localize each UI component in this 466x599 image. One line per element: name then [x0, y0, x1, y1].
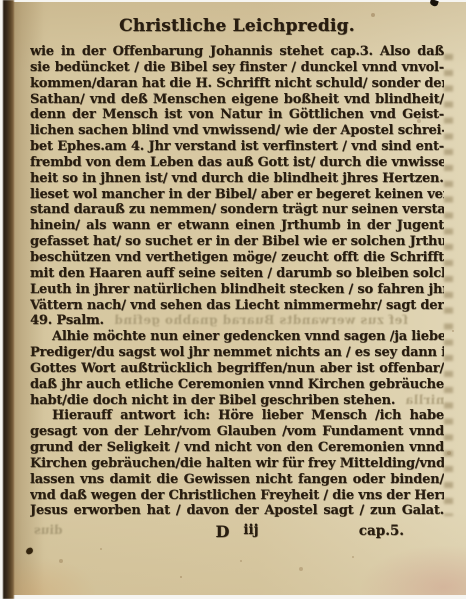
body-text-line: bet Ephes.am 4. Jhr verstand ist verfins…: [30, 139, 444, 155]
body-text-line: hinein/ als wann er etwann einen Jrthumb…: [30, 218, 444, 234]
body-text-line: wie in der Offenbarung Johannis stehet c…: [30, 44, 444, 60]
body-text-line: 49. Psalm.ſef zus werwandts Buarad gnabh…: [30, 313, 444, 329]
body-text-line: sie bedüncket / die Bibel sey finster / …: [30, 60, 444, 76]
body-text-line: Vättern nach/ vnd sehen das Liecht nimme…: [30, 298, 444, 314]
body-text-line: heit so in jhnen ist/ vnd durch die blin…: [30, 171, 444, 187]
paper-speckles: [0, 0, 2, 2]
scanned-page: Christliche Leichpredig. wie in der Offe…: [0, 0, 466, 599]
body-text: wie in der Offenbarung Johannis stehet c…: [30, 44, 444, 519]
catchword: cap.5.: [359, 523, 404, 539]
right-margin-bleedthrough: [444, 54, 453, 516]
body-text-line: daß jhr auch etliche Ceremonien vnnd Kir…: [30, 377, 444, 393]
body-text-line: Hierauff antwort ich: Höre lieber Mensch…: [30, 408, 444, 424]
binding-edge: [3, 0, 14, 599]
body-text-line: gesagt von der Lehr/vom Glauben /vom Fun…: [30, 424, 444, 440]
text-block: Christliche Leichpredig. wie in der Offe…: [30, 16, 444, 540]
body-text-line: beschützen vnd verthetigen möge/ zeucht …: [30, 250, 444, 266]
body-text-line: denn der Mensch ist von Natur in Göttlic…: [30, 107, 444, 123]
body-text-line: habt/die doch nicht in der Bibel geschri…: [30, 393, 444, 409]
body-text-line: kommen/daran hat die H. Schrifft nicht s…: [30, 76, 444, 92]
body-text-line: stand darauß zu nemmen/ sondern trägt nu…: [30, 202, 444, 218]
page-footer: dius D iij cap.5.: [30, 522, 444, 540]
body-text-line: grund der Seligkeit / vnd nicht von den …: [30, 440, 444, 456]
bleedthrough-text: Fun nirlla: [405, 393, 444, 409]
running-head: Christliche Leichpredig.: [30, 16, 444, 36]
body-text-line: Leuth in jhrer natürlichen blindheit ste…: [30, 282, 444, 298]
body-text-line: vnd daß wegen der Christlichen Freyheit …: [30, 488, 444, 504]
body-text-line: Jesus erworben hat / davon der Apostel s…: [30, 503, 444, 519]
body-text-line: lichen sachen blind vnd vnwissend/ wie d…: [30, 123, 444, 139]
body-text-line: Prediger/du sagst wol jhr nemmet nichts …: [30, 345, 444, 361]
body-text-line: gefasset hat/ so suchet er in der Bibel …: [30, 234, 444, 250]
signature-letter: D: [215, 522, 229, 541]
body-text-line: Kirchen gebräuchen/die halten wir für fr…: [30, 456, 444, 472]
body-text-line: Gottes Wort außtrücklich begriffen/nun a…: [30, 361, 444, 377]
body-text-line: frembd von dem Leben das auß Gott ist/ d…: [30, 155, 444, 171]
footer-bleedthrough-text: dius: [34, 523, 62, 537]
body-text-line: lieset wol mancher in der Bibel/ aber er…: [30, 187, 444, 203]
body-text-line: Sathan/ vnd deß Menschen eigene boßheit …: [30, 92, 444, 108]
body-text-line: Alhie möchte nun einer gedencken vnnd sa…: [30, 329, 444, 345]
body-text-line: mit den Haaren auff seine seiten / darum…: [30, 266, 444, 282]
signature-mark: D iij: [215, 522, 258, 541]
signature-numeral: iij: [243, 522, 258, 541]
body-text-line: lassen vns damit die Gewissen nicht fang…: [30, 472, 444, 488]
bleedthrough-text: ſef zus werwandts Buarad gnabho gefind: [114, 313, 408, 329]
